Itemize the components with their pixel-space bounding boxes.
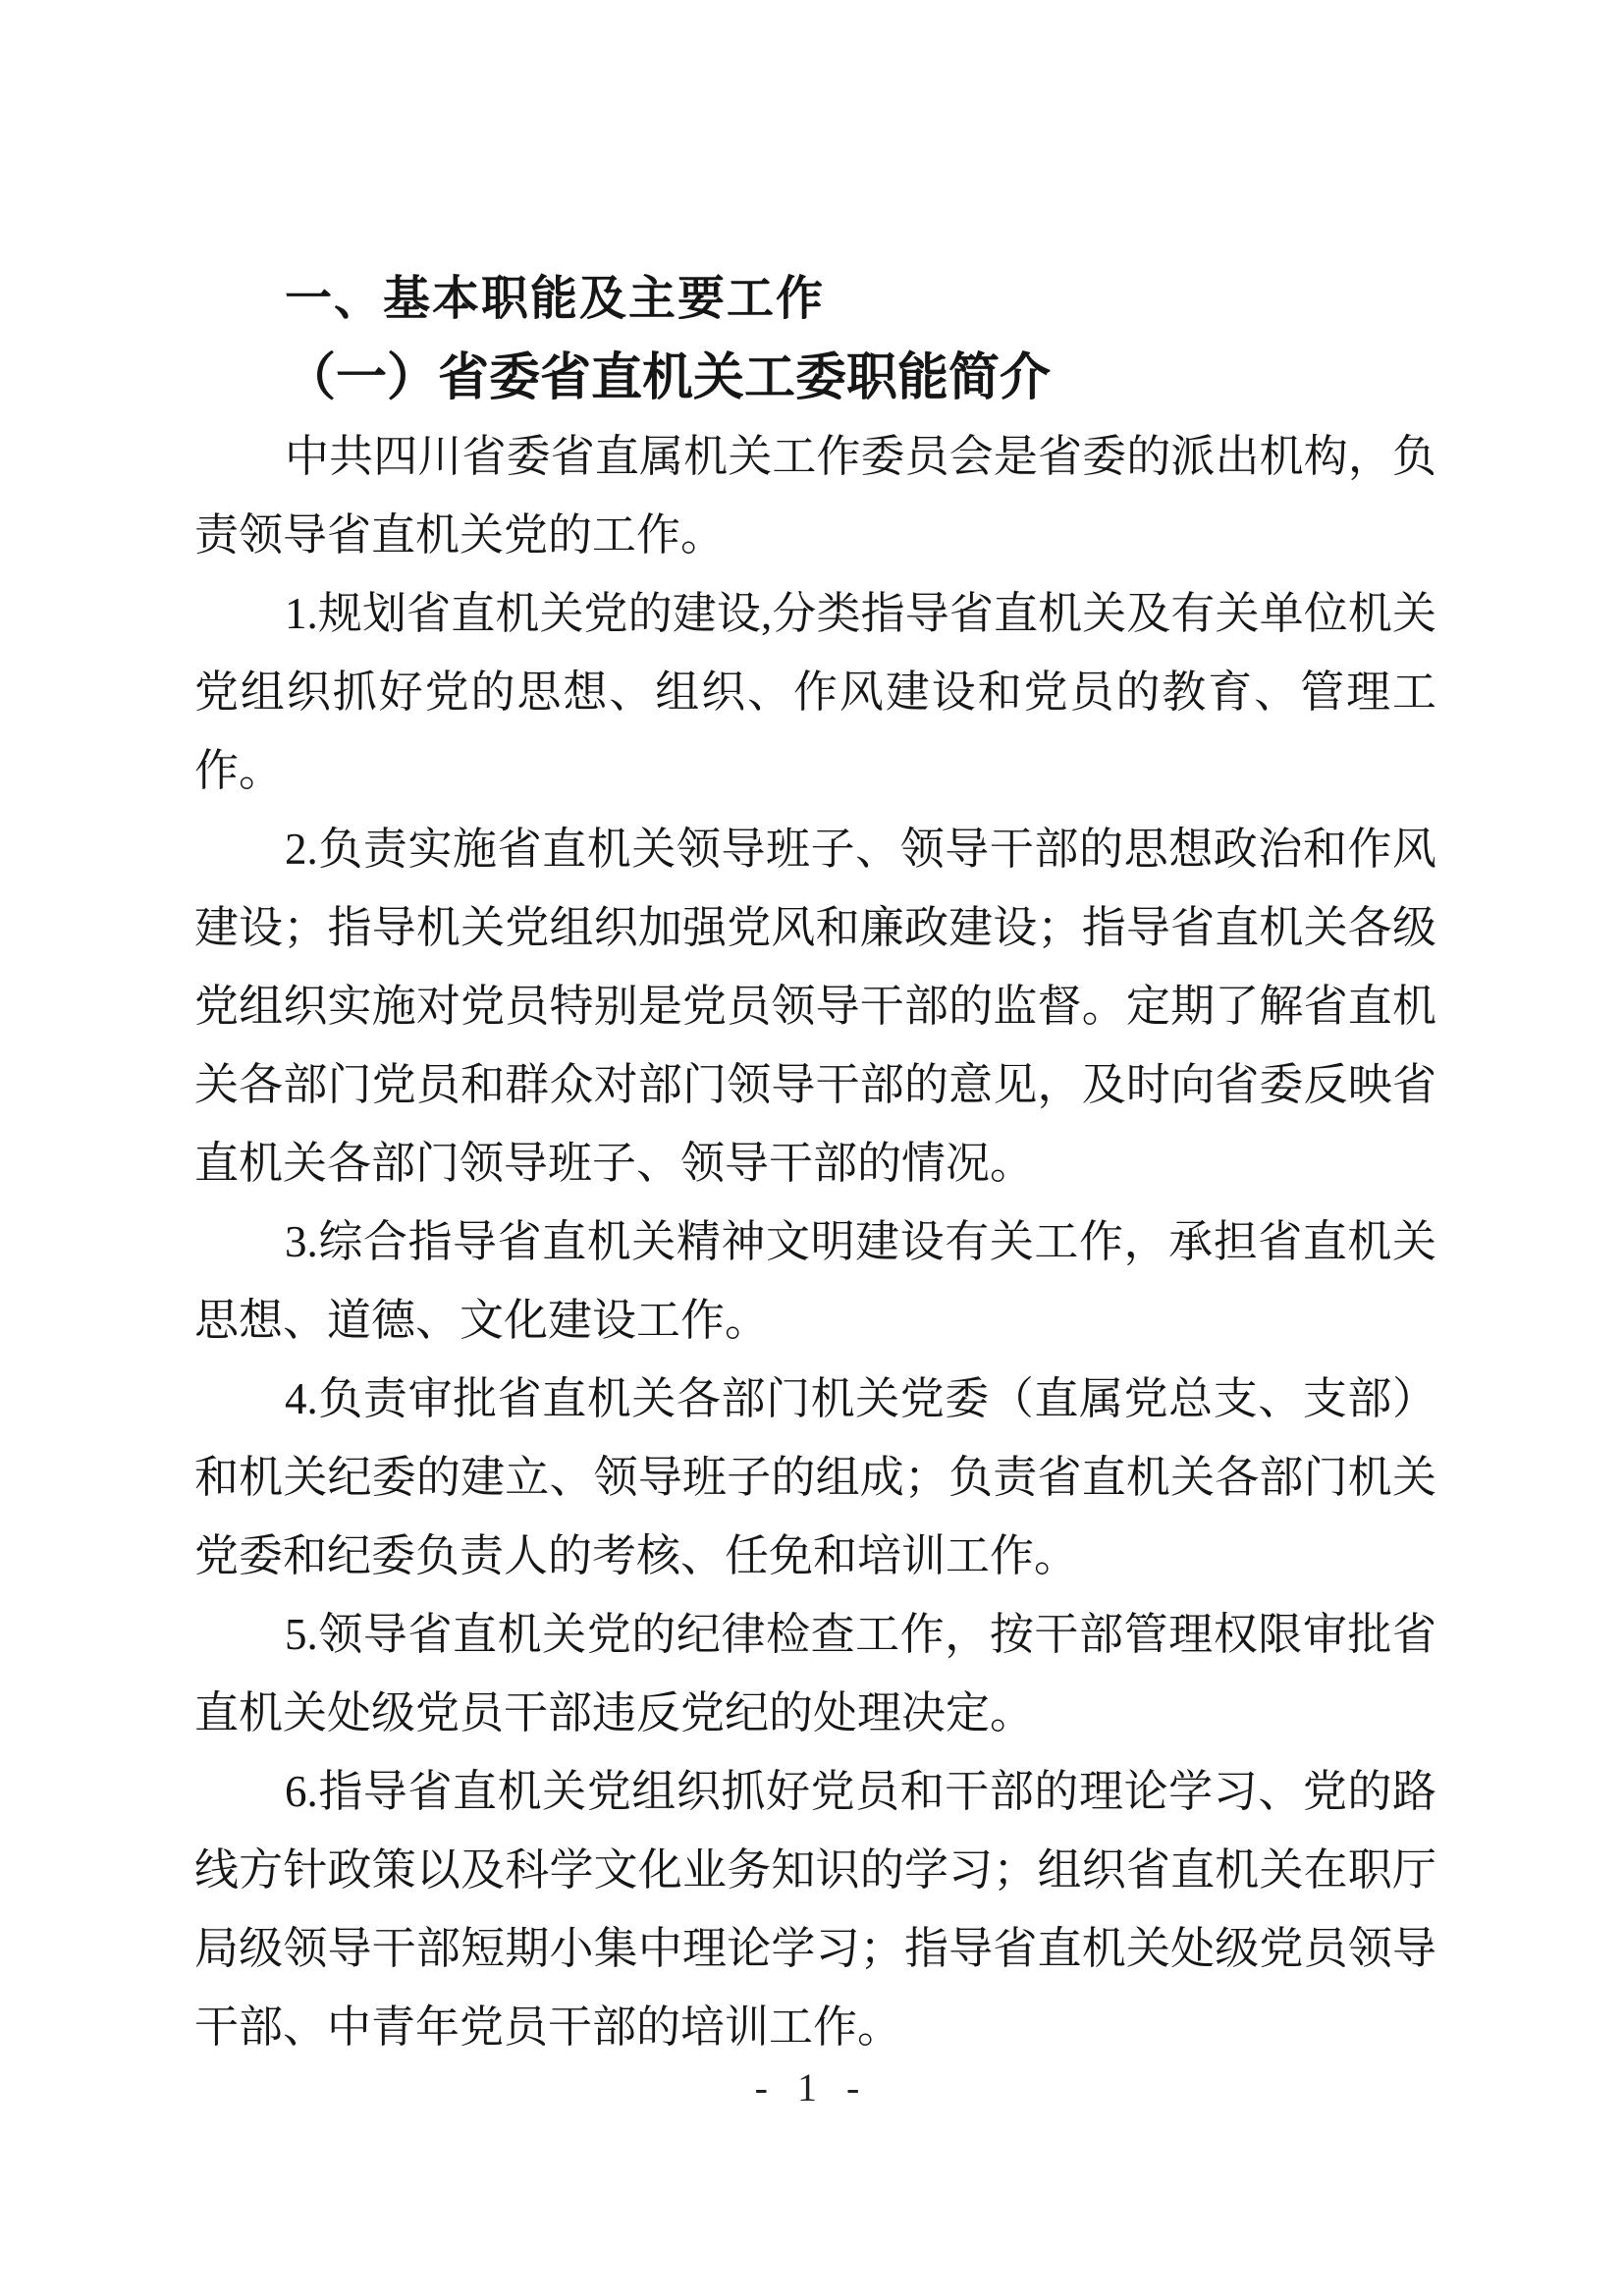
section-heading: 一、基本职能及主要工作 [194, 260, 1436, 339]
document-body: 一、基本职能及主要工作 （一）省委省直机关工委职能简介 中共四川省委省直属机关工… [194, 260, 1436, 2066]
paragraph-item-4: 4.负责审批省直机关各部门机关党委（直属党总支、支部）和机关纪委的建立、领导班子… [194, 1360, 1436, 1595]
document-page: 一、基本职能及主要工作 （一）省委省直机关工委职能简介 中共四川省委省直属机关工… [0, 0, 1624, 2296]
paragraph-item-5: 5.领导省直机关党的纪律检查工作，按干部管理权限审批省直机关处级党员干部违反党纪… [194, 1595, 1436, 1752]
paragraph-item-1: 1.规划省直机关党的建设,分类指导省直机关及有关单位机关党组织抓好党的思想、组织… [194, 574, 1436, 810]
paragraph-item-2: 2.负责实施省直机关领导班子、领导干部的思想政治和作风建设；指导机关党组织加强党… [194, 810, 1436, 1202]
paragraph-item-6: 6.指导省直机关党组织抓好党员和干部的理论学习、党的路线方针政策以及科学文化业务… [194, 1752, 1436, 2066]
page-number: - 1 - [0, 2063, 1624, 2112]
paragraph-intro: 中共四川省委省直属机关工作委员会是省委的派出机构，负责领导省直机关党的工作。 [194, 417, 1436, 574]
subsection-heading: （一）省委省直机关工委职能简介 [194, 339, 1436, 417]
paragraph-item-3: 3.综合指导省直机关精神文明建设有关工作，承担省直机关思想、道德、文化建设工作。 [194, 1202, 1436, 1360]
